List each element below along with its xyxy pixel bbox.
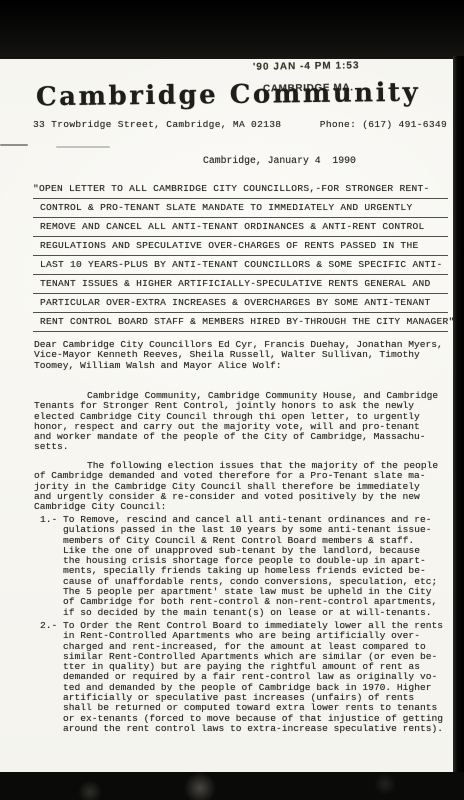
scan-smudge-dash	[56, 146, 110, 148]
subject-line: PARTICULAR OVER-EXTRA INCREASES & OVERCH…	[33, 294, 448, 313]
letterhead-phone: Phone: (617) 491-6349	[320, 119, 447, 130]
body-paragraph: Cambridge Community, Cambridge Community…	[34, 391, 454, 453]
letterhead-contact-row: 33 Trowbridge Street, Cambridge, MA 0213…	[33, 119, 447, 130]
subject-line: LAST 10 YEARS-PLUS BY ANTI-TENANT COUNCI…	[33, 256, 448, 275]
org-logo-wordmark: Cambridge Community	[36, 78, 420, 113]
numbered-item: 1.- To Remove, rescind and cancel all an…	[40, 515, 454, 618]
dateline: Cambridge, January 4 1990	[203, 155, 356, 166]
item-number: 2.-	[40, 621, 63, 734]
item-text: To Order the Rent Control Board to immed…	[63, 621, 454, 734]
scan-artifact-bottom-band	[0, 772, 464, 800]
numbered-item: 2.- To Order the Rent Control Board to i…	[40, 621, 454, 734]
subject-line: REMOVE AND CANCEL ALL ANTI-TENANT ORDINA…	[33, 218, 448, 237]
letterhead-address: 33 Trowbridge Street, Cambridge, MA 0213…	[33, 119, 281, 130]
subject-line: TENANT ISSUES & HIGHER ARTIFICIALLY-SPEC…	[33, 275, 448, 294]
item-number: 1.-	[40, 515, 63, 618]
scanned-letter-page: '90 JAN -4 PM 1:53 CAMBRIDGE MA. Cambrid…	[0, 0, 464, 800]
item-text: To Remove, rescind and cancel all anti-t…	[63, 515, 454, 618]
scan-smudge-dash	[0, 144, 28, 146]
subject-line: REGULATIONS AND SPECULATIVE OVER-CHARGES…	[33, 237, 448, 256]
scan-artifact-right-band	[453, 56, 464, 800]
body-paragraph: The following election issues that the m…	[34, 461, 454, 512]
salutation: Dear Cambridge City Councillors Ed Cyr, …	[34, 340, 454, 371]
subject-heading-block: "OPEN LETTER TO ALL CAMBRIDGE CITY COUNC…	[33, 180, 448, 332]
received-stamp-datetime: '90 JAN -4 PM 1:53	[253, 60, 360, 72]
scan-artifact-top-band	[0, 0, 464, 59]
subject-line: RENT CONTROL BOARD STAFF & MEMBERS HIRED…	[33, 313, 448, 332]
subject-line: "OPEN LETTER TO ALL CAMBRIDGE CITY COUNC…	[33, 180, 448, 199]
subject-line: CONTROL & PRO-TENANT SLATE MANDATE TO IM…	[33, 199, 448, 218]
